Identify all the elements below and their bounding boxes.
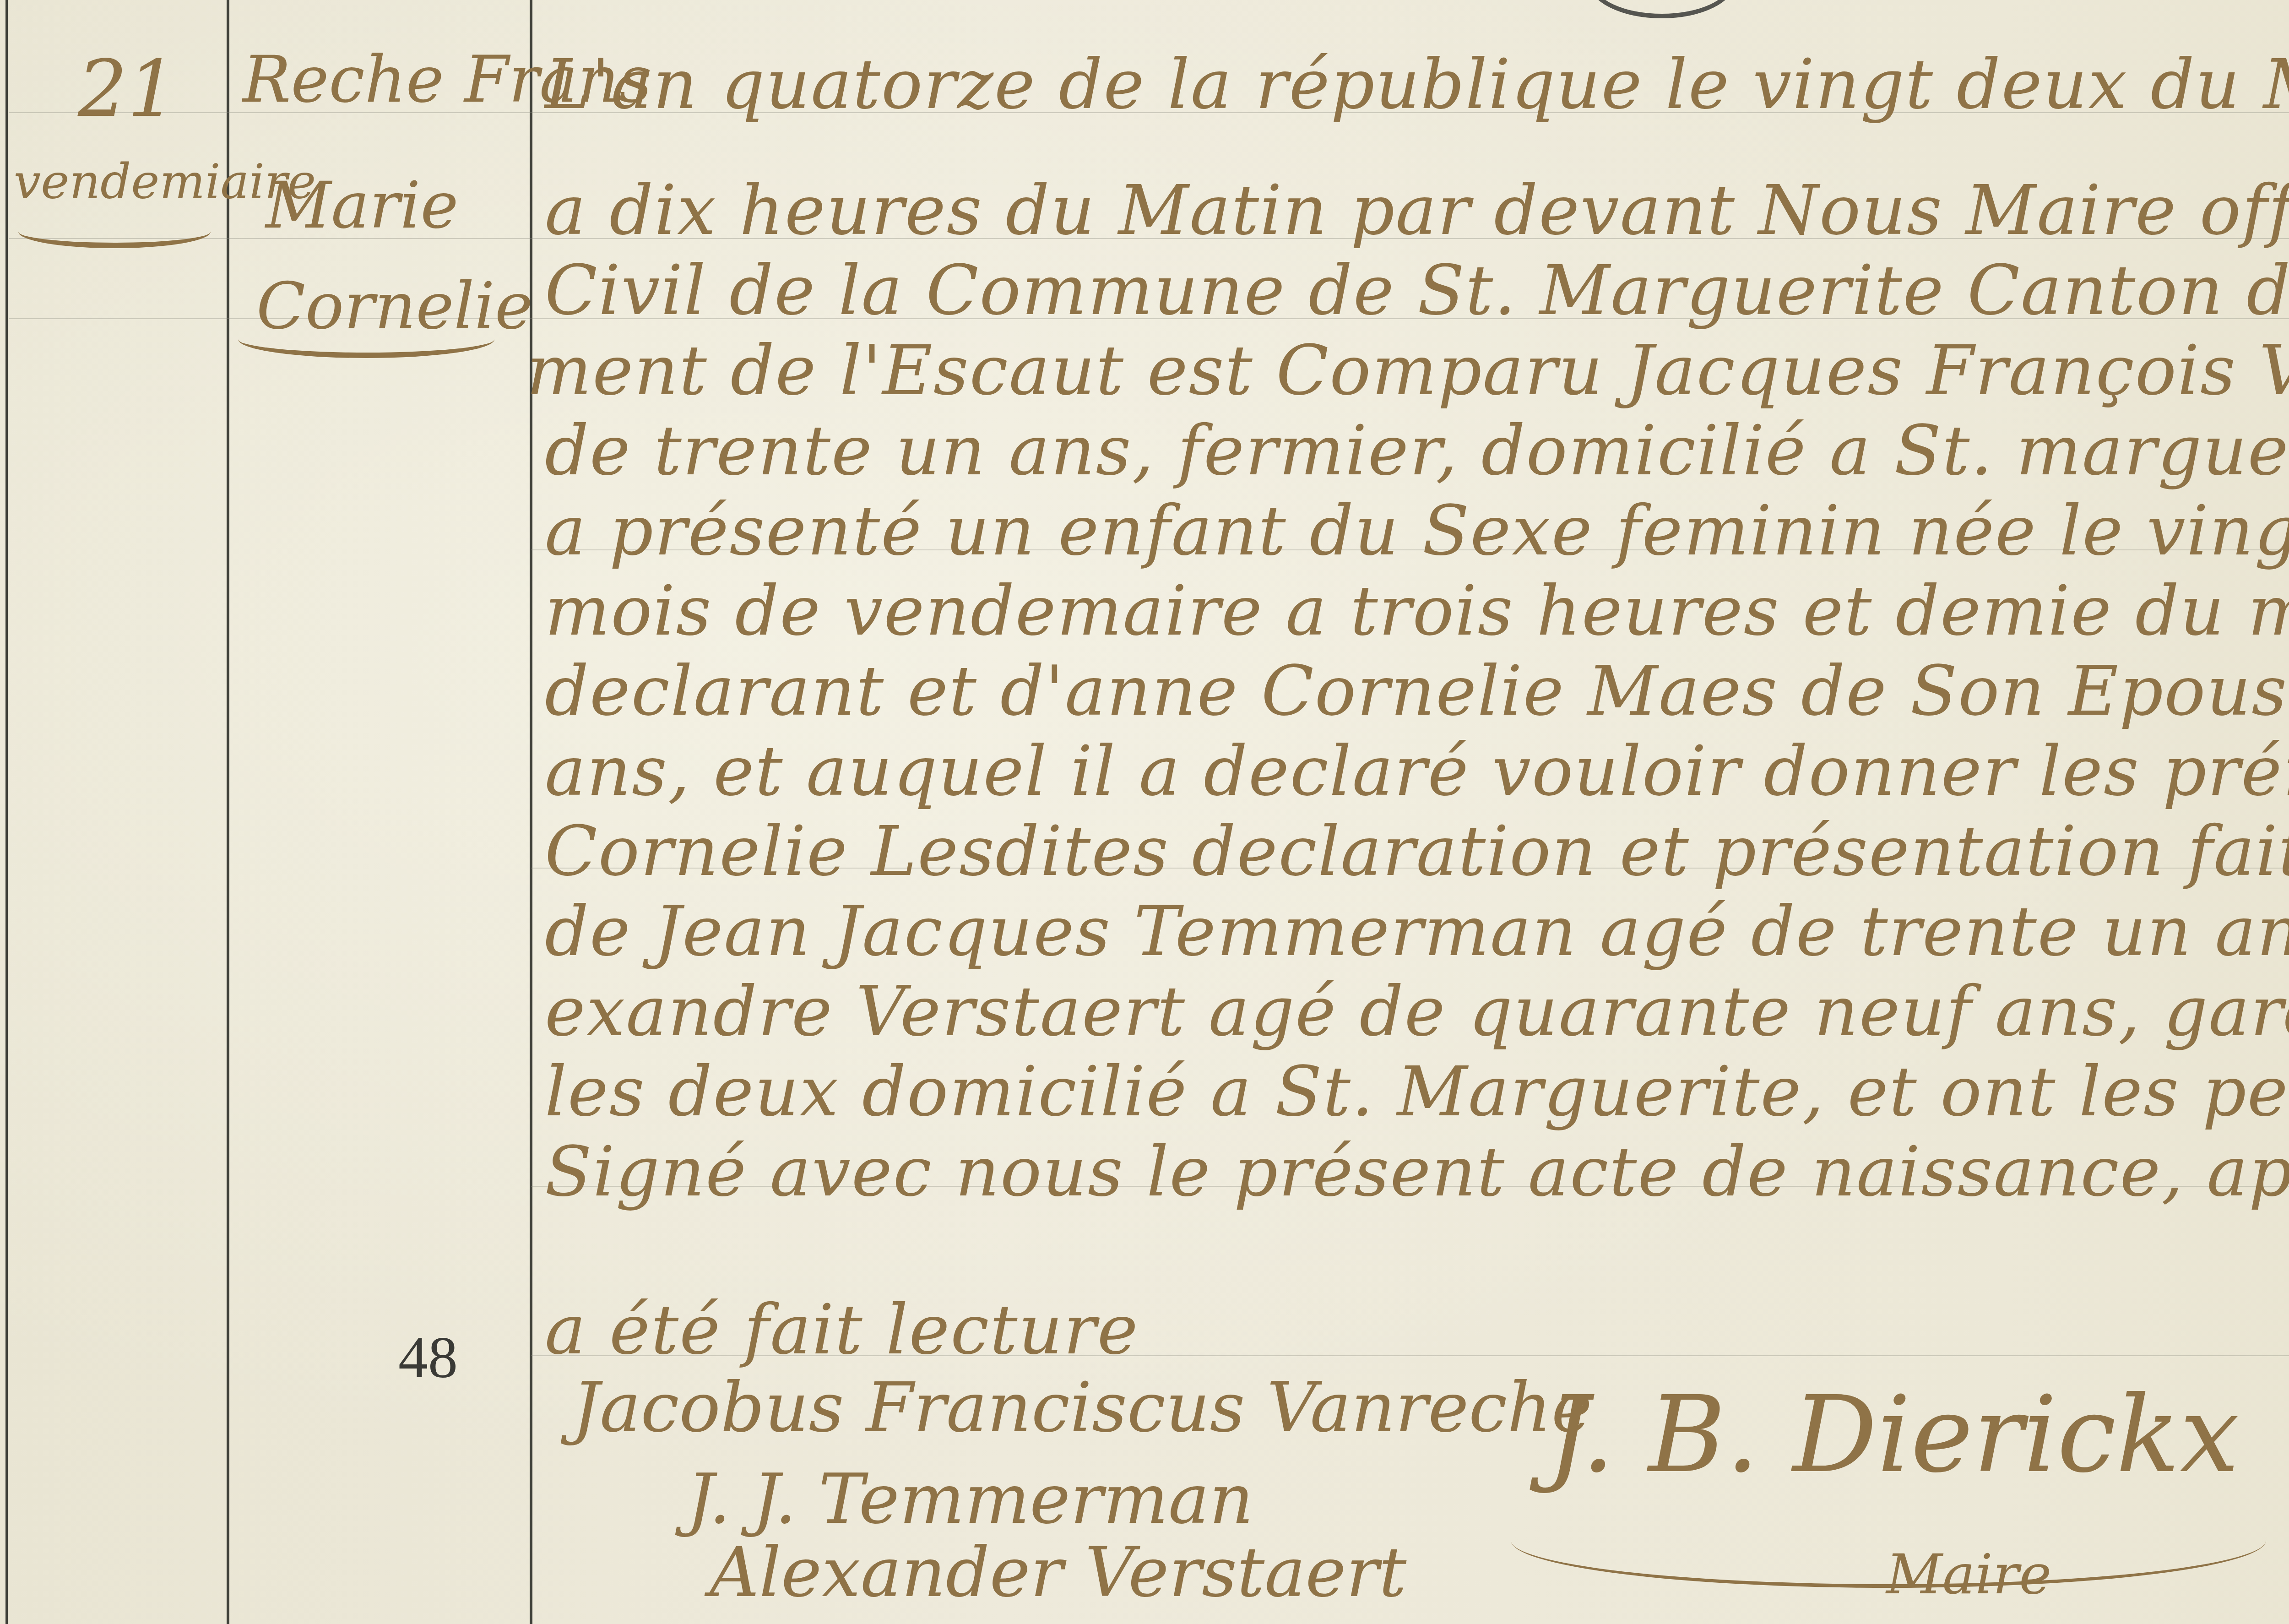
entry-day: 21 <box>78 50 177 128</box>
document-page: 21 vendemiaire Reche Frans Marie Corneli… <box>0 0 2289 1624</box>
signature-father: Jacobus Franciscus Vanreche <box>572 1374 1592 1442</box>
signature-witness-1: J. J. Temmerman <box>687 1465 1253 1534</box>
body-line: a présenté un enfant du Sexe feminin née… <box>545 497 2289 565</box>
body-line: exandre Verstaert agé de quarante neuf a… <box>545 978 2289 1046</box>
body-line: declarant et d'anne Cornelie Maes de Son… <box>545 657 2289 726</box>
body-line: ans, et auquel il a declaré vouloir donn… <box>545 737 2289 806</box>
column-rule-name <box>530 0 532 1624</box>
flourish-decoration <box>238 320 494 358</box>
body-line: Signé avec nous le présent acte de naiss… <box>545 1138 2289 1206</box>
body-line: mois de vendemaire a trois heures et dem… <box>545 577 2289 646</box>
child-firstname-1: Marie <box>266 174 458 238</box>
body-line: de Jean Jacques Temmerman agé de trente … <box>545 897 2289 966</box>
page-number: 48 <box>398 1328 458 1387</box>
archive-stamp <box>1589 0 1735 18</box>
left-border-rule <box>5 0 8 1624</box>
signature-mayor: J. B. Dierickx <box>1547 1383 2239 1488</box>
body-line: Civil de la Commune de St. Marguerite Ca… <box>545 256 2289 325</box>
signature-witness-2: Alexander Verstaert <box>710 1538 1406 1607</box>
body-line: Cornelie Lesdites declaration et présent… <box>545 817 2289 886</box>
body-line: L'an quatorze de la république le vingt … <box>545 50 2289 119</box>
body-line: a dix heures du Matin par devant Nous Ma… <box>545 176 2289 245</box>
column-rule-date <box>227 0 229 1624</box>
body-line: ment de l'Escaut est Comparu Jacques Fra… <box>526 337 2289 405</box>
mayor-title: Maire <box>1886 1548 2051 1602</box>
body-line: a été fait lecture <box>545 1296 1139 1364</box>
body-line: les deux domicilié a St. Marguerite, et … <box>545 1058 2289 1126</box>
flourish-decoration <box>18 215 211 248</box>
body-line: de trente un ans, fermier, domicilié a S… <box>545 417 2289 485</box>
